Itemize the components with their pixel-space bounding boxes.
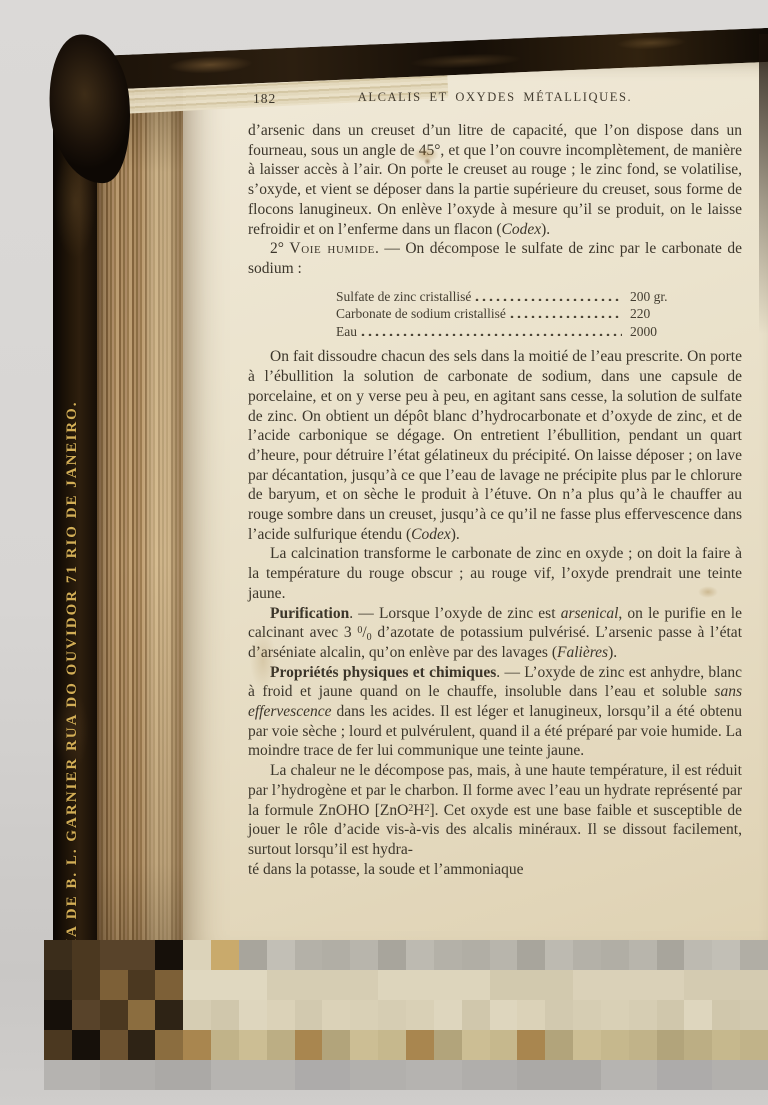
mosaic-cell xyxy=(350,1060,378,1090)
mosaic-cell xyxy=(462,1030,490,1060)
paragraph-partial-line: té dans la potasse, la soude et l’ammoni… xyxy=(248,860,742,880)
mosaic-cell xyxy=(406,970,434,1000)
mosaic-cell xyxy=(128,1060,156,1090)
mosaic-cell xyxy=(155,1000,183,1030)
mosaic-cell xyxy=(601,1000,629,1030)
recipe-value: 200 gr. xyxy=(628,288,742,306)
mosaic-cell xyxy=(462,940,490,970)
mosaic-cell xyxy=(490,970,518,1000)
mosaic-cell xyxy=(601,1060,629,1090)
mosaic-cell xyxy=(740,970,768,1000)
mosaic-cell xyxy=(517,1030,545,1060)
mosaic-cell xyxy=(322,940,350,970)
mosaic-cell xyxy=(601,970,629,1000)
mosaic-cell xyxy=(629,970,657,1000)
mosaic-cell xyxy=(712,1030,740,1060)
paragraph-purification: Purification. — Lorsque l’oxyde de zinc … xyxy=(248,604,742,663)
mosaic-cell xyxy=(657,1000,685,1030)
mosaic-cell xyxy=(128,1030,156,1060)
dot-leader xyxy=(510,314,622,318)
mosaic-cell xyxy=(267,1030,295,1060)
mosaic-cell xyxy=(72,940,100,970)
page-number: 182 xyxy=(253,91,276,107)
mosaic-cell xyxy=(545,970,573,1000)
mosaic-cell xyxy=(712,940,740,970)
recipe-value: 220 xyxy=(628,305,742,323)
mosaic-cell xyxy=(657,940,685,970)
mosaic-cell xyxy=(155,970,183,1000)
mosaic-cell xyxy=(72,970,100,1000)
mosaic-cell xyxy=(322,970,350,1000)
mosaic-cell xyxy=(211,1060,239,1090)
mosaic-cell xyxy=(155,1030,183,1060)
mosaic-cell xyxy=(684,1030,712,1060)
paper-stain xyxy=(250,630,276,690)
mosaic-cell xyxy=(434,970,462,1000)
mosaic-cell xyxy=(406,1000,434,1030)
mosaic-cell xyxy=(295,970,323,1000)
mosaic-cell xyxy=(183,1060,211,1090)
dot-leader xyxy=(361,332,622,336)
mosaic-cell xyxy=(434,1060,462,1090)
mosaic-cell xyxy=(322,1030,350,1060)
running-header: ALCALIS ET OXYDES MÉTALLIQUES. xyxy=(248,90,742,105)
mosaic-cell xyxy=(211,970,239,1000)
mosaic-cell xyxy=(490,1000,518,1030)
mosaic-cell xyxy=(239,1030,267,1060)
book-photo: LIVRARIA DE B. L. GARNIER RUA DO OUVIDOR… xyxy=(0,0,768,1105)
mosaic-cell xyxy=(601,1030,629,1060)
mosaic-cell xyxy=(211,1030,239,1060)
mosaic-cell xyxy=(183,1000,211,1030)
mosaic-cell xyxy=(378,970,406,1000)
mosaic-cell xyxy=(490,1030,518,1060)
mosaic-cell xyxy=(573,1030,601,1060)
recipe-row: Sulfate de zinc cristallisé 200 gr. xyxy=(336,288,742,306)
page-content: 182 ALCALIS ET OXYDES MÉTALLIQUES. d’ars… xyxy=(248,90,742,879)
book-spine: LIVRARIA DE B. L. GARNIER RUA DO OUVIDOR… xyxy=(53,70,97,950)
mosaic-cell xyxy=(267,1000,295,1030)
mosaic-cell xyxy=(378,1060,406,1090)
mosaic-cell xyxy=(295,940,323,970)
mosaic-cell xyxy=(434,1000,462,1030)
mosaic-cell xyxy=(44,940,72,970)
mosaic-cell xyxy=(517,1000,545,1030)
mosaic-cell xyxy=(267,1060,295,1090)
mosaic-cell xyxy=(545,940,573,970)
mosaic-cell xyxy=(545,1030,573,1060)
mosaic-cell xyxy=(517,940,545,970)
mosaic-cell xyxy=(322,1060,350,1090)
dot-leader xyxy=(475,297,622,301)
mosaic-cell xyxy=(350,1000,378,1030)
mosaic-cell xyxy=(295,1000,323,1030)
paragraph-chaleur: La chaleur ne le décompose pas, mais, à … xyxy=(248,761,742,860)
recipe-label: Carbonate de sodium cristallisé xyxy=(336,305,506,323)
mosaic-cell xyxy=(100,940,128,970)
mosaic-cell xyxy=(629,940,657,970)
mosaic-cell xyxy=(211,1000,239,1030)
mosaic-cell xyxy=(406,940,434,970)
mosaic-cell xyxy=(44,1060,72,1090)
mosaic-cell xyxy=(183,970,211,1000)
mosaic-cell xyxy=(712,970,740,1000)
mosaic-cell xyxy=(517,1060,545,1090)
paragraph-proprietes: Propriétés physiques et chimiques. — L’o… xyxy=(248,663,742,762)
mosaic-cell xyxy=(378,1000,406,1030)
recipe-table: Sulfate de zinc cristallisé 200 gr. Carb… xyxy=(336,288,742,341)
mosaic-cell xyxy=(684,1060,712,1090)
mosaic-cell xyxy=(183,940,211,970)
recipe-label: Sulfate de zinc cristallisé xyxy=(336,288,471,306)
mosaic-cell xyxy=(44,1030,72,1060)
mosaic-cell xyxy=(629,1000,657,1030)
mosaic-cell xyxy=(378,1030,406,1060)
spine-title: LIVRARIA DE B. L. GARNIER RUA DO OUVIDOR… xyxy=(64,268,81,1016)
mosaic-cell xyxy=(657,1030,685,1060)
mosaic-cell xyxy=(462,970,490,1000)
mosaic-cell xyxy=(295,1060,323,1090)
mosaic-cell xyxy=(684,1000,712,1030)
mosaic-cell xyxy=(740,940,768,970)
mosaic-cell xyxy=(545,1060,573,1090)
mosaic-cell xyxy=(712,1060,740,1090)
paragraph-voie-humide: 2° Voie humide. — On décompose le sulfat… xyxy=(248,239,742,278)
mosaic-cell xyxy=(211,940,239,970)
paragraph-arsenic: d’arsenic dans un creuset d’un litre de … xyxy=(248,121,742,239)
mosaic-cell xyxy=(573,940,601,970)
mosaic-cell xyxy=(322,1000,350,1030)
recipe-value: 2000 xyxy=(628,323,742,341)
mosaic-cell xyxy=(155,1060,183,1090)
mosaic-cell xyxy=(183,1030,211,1060)
mosaic-cell xyxy=(155,940,183,970)
mosaic-cell xyxy=(72,1000,100,1030)
mosaic-cell xyxy=(490,940,518,970)
mosaic-cell xyxy=(601,940,629,970)
mosaic-cell xyxy=(629,1060,657,1090)
mosaic-cell xyxy=(44,1000,72,1030)
mosaic-cell xyxy=(44,970,72,1000)
mosaic-cell xyxy=(72,1060,100,1090)
mosaic-cell xyxy=(267,940,295,970)
mosaic-cell xyxy=(573,1060,601,1090)
recipe-row: Carbonate de sodium cristallisé 220 xyxy=(336,305,742,323)
mosaic-cell xyxy=(128,1000,156,1030)
mosaic-cell xyxy=(657,1060,685,1090)
mosaic-cell xyxy=(462,1000,490,1030)
mosaic-cell xyxy=(100,1000,128,1030)
mosaic-cell xyxy=(406,1060,434,1090)
mosaic-cell xyxy=(684,940,712,970)
mosaic-cell xyxy=(434,940,462,970)
mosaic-cell xyxy=(517,970,545,1000)
recipe-label: Eau xyxy=(336,323,357,341)
mosaic-cell xyxy=(712,1000,740,1030)
paragraph-calcination: La calcination transforme le carbonate d… xyxy=(248,544,742,603)
mosaic-cell xyxy=(490,1060,518,1090)
mosaic-cell xyxy=(740,1000,768,1030)
mosaic-cell xyxy=(378,940,406,970)
mosaic-cell xyxy=(128,970,156,1000)
mosaic-cell xyxy=(350,940,378,970)
censored-mosaic xyxy=(44,940,768,1090)
mosaic-cell xyxy=(657,970,685,1000)
mosaic-cell xyxy=(462,1060,490,1090)
mosaic-cell xyxy=(406,1030,434,1060)
mosaic-cell xyxy=(239,1000,267,1030)
book-right-edge-shadow xyxy=(759,34,768,334)
page-edges xyxy=(97,86,185,950)
recipe-row: Eau 2000 xyxy=(336,323,742,341)
mosaic-cell xyxy=(239,1060,267,1090)
mosaic-cell xyxy=(239,970,267,1000)
mosaic-cell xyxy=(740,1030,768,1060)
mosaic-cell xyxy=(740,1060,768,1090)
paper-stain xyxy=(698,586,718,598)
paragraph-dissolution: On fait dissoudre chacun des sels dans l… xyxy=(248,347,742,544)
mosaic-cell xyxy=(100,1030,128,1060)
mosaic-cell xyxy=(239,940,267,970)
mosaic-cell xyxy=(629,1030,657,1060)
mosaic-cell xyxy=(100,970,128,1000)
mosaic-cell xyxy=(573,970,601,1000)
mosaic-cell xyxy=(128,940,156,970)
mosaic-cell xyxy=(573,1000,601,1030)
page-header: 182 ALCALIS ET OXYDES MÉTALLIQUES. xyxy=(248,90,742,108)
mosaic-cell xyxy=(350,970,378,1000)
mosaic-cell xyxy=(684,970,712,1000)
paper-stain xyxy=(424,158,431,165)
mosaic-cell xyxy=(72,1030,100,1060)
mosaic-cell xyxy=(267,970,295,1000)
mosaic-cell xyxy=(545,1000,573,1030)
mosaic-cell xyxy=(100,1060,128,1090)
mosaic-cell xyxy=(295,1030,323,1060)
mosaic-cell xyxy=(434,1030,462,1060)
mosaic-cell xyxy=(350,1030,378,1060)
